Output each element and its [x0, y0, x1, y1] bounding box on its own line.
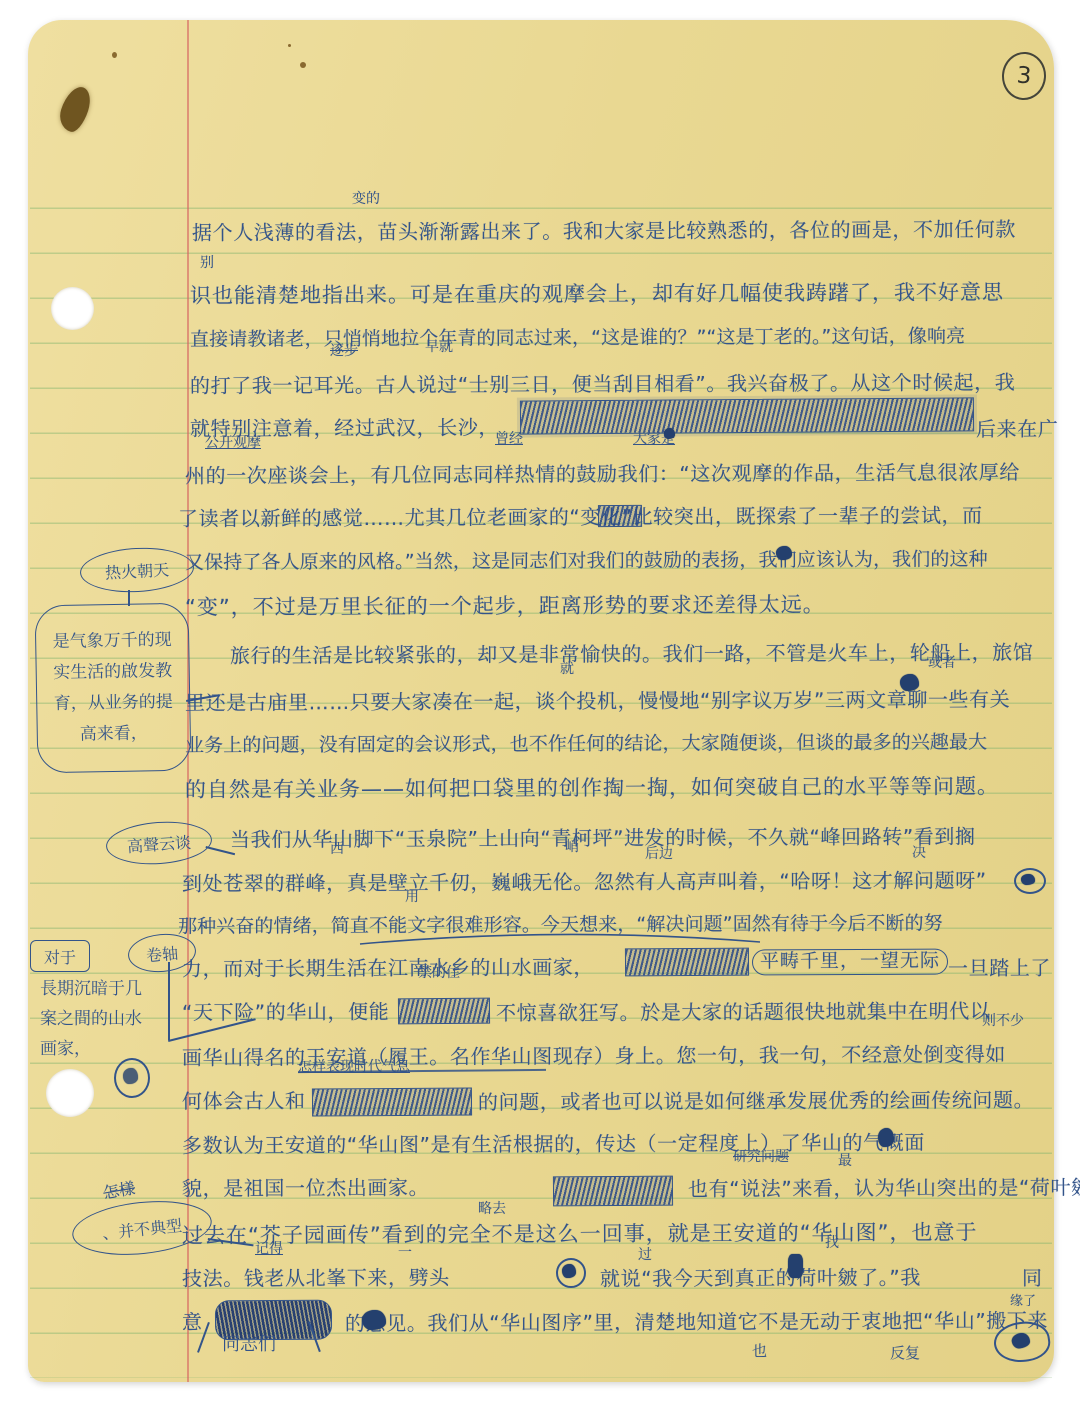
margin-note-line: 案之間的山水 — [40, 1004, 142, 1034]
insertion-note-crossed: 研究问题 — [733, 1146, 789, 1166]
insertion-note: 变的 — [352, 188, 380, 208]
manuscript-line: 里还是古庙里……只要大家凑在一起，谈个投机，慢慢地“别字议万岁”三两文章聊一些有… — [185, 683, 1010, 716]
insertion-note: 一 — [398, 1242, 412, 1262]
ink-blob — [878, 1128, 894, 1147]
manuscript-line: 到处苍翠的群峰，真是壁立千仞，巍峨无伦。忽然有人高声叫着，“哈呀！这才解问题呀” — [182, 864, 987, 897]
margin-note-line: 長期沉暗于几 — [40, 974, 142, 1004]
insertion-note: 就 — [560, 658, 574, 678]
insertion-note: 用 — [405, 886, 419, 906]
insertion-note: 缘了 — [1010, 1290, 1036, 1309]
insertion-note: 或者 — [928, 652, 956, 672]
manuscript-line: “天下险”的华山，便能 — [182, 996, 389, 1026]
manuscript-scan: { "page_number": "3", "colors": { "ink":… — [0, 0, 1080, 1401]
page-number-value: 3 — [1016, 63, 1032, 90]
insertion-note: 后边 — [645, 843, 673, 863]
margin-note-line: 画家， — [40, 1034, 142, 1064]
speck — [288, 44, 291, 47]
manuscript-line: 多数认为王安道的“华山图”是有生活根据的，传达（一定程度上）了华山的气概面 — [182, 1126, 925, 1158]
crossed-out-text — [520, 397, 974, 434]
seal-doodle — [114, 1058, 150, 1098]
manuscript-line: 就说“我今天到真正的荷叶皴了。”我 — [600, 1261, 921, 1291]
punch-hole-top — [51, 287, 94, 330]
speck — [112, 52, 117, 58]
manuscript-line: 何体会古人和 — [182, 1085, 306, 1115]
crossed-out-text — [553, 1176, 673, 1207]
margin-bubble-text: 热火朝天 — [104, 557, 169, 583]
ink-blob — [664, 428, 675, 439]
insertion-note: 禁的住 — [418, 962, 460, 982]
margin-bubble-text: 高来看， — [80, 718, 149, 750]
manuscript-line: 貌，是祖国一位杰出画家。 — [182, 1171, 429, 1201]
ink-blob — [900, 674, 919, 691]
insertion-note: 西 — [330, 838, 344, 858]
punch-hole-bottom — [46, 1069, 94, 1117]
circled-ink-blob — [1014, 868, 1046, 894]
manuscript-line: 了读者以新鲜的感觉……尤其几位老画家的“变化”比较突出，既探索了一辈子的尝试，而 — [178, 499, 983, 532]
quoted-phrase-text: 平畴千里，一望无际 — [752, 949, 948, 976]
insertion-note: 早就 — [425, 336, 453, 356]
margin-bubble-text: 是气象万千的现 — [52, 625, 172, 658]
manuscript-line: 不惊喜欲狂写。於是大家的话题很快地就集中在明代以 — [496, 995, 991, 1026]
insertion-note: 略去 — [478, 1198, 506, 1218]
margin-bubble-text: 实生活的啟发教 — [53, 656, 173, 689]
margin-box-duiyu: 对于 — [30, 940, 90, 972]
circled-ink-blob — [556, 1258, 586, 1288]
manuscript-line: 的打了我一记耳光。古人说过“士别三日，便当刮目相看”。我兴奋极了。从这个时候起，… — [190, 366, 1015, 399]
insertion-note: 怎样表现时代气息 — [298, 1056, 410, 1076]
ink-blob — [788, 1254, 803, 1278]
manuscript-line: 又保持了各人原来的风格。”当然，这是同志们对我们的鼓励的表扬，我们应该认为，我们… — [185, 544, 988, 575]
insertion-note: 决 — [912, 842, 926, 862]
manuscript-line: 力，而对于长期生活在江南水乡的山水画家， — [182, 951, 594, 982]
insertion-note: 也 — [752, 1340, 767, 1361]
insertion-note: 峭 — [565, 836, 579, 856]
ink-blob — [362, 1310, 386, 1330]
manuscript-line: 的自然是有关业务——如何把口袋里的创作掏一掏，如何突破自己的水平等等问题。 — [185, 770, 999, 804]
manuscript-line: 识也能清楚地指出来。可是在重庆的观摩会上，却有好几幅使我踌躇了，我不好意思 — [190, 276, 1004, 310]
manuscript-line: 也有“说法”来看，认为华山突出的是“荷叶皴”， — [688, 1171, 1080, 1202]
insertion-note: 公开观摩 — [205, 432, 261, 452]
margin-bubble-text: 育，从业务的提 — [54, 687, 174, 720]
insertion-note: 则不少 — [982, 1010, 1024, 1030]
speck — [300, 62, 306, 68]
manuscript-line: 据个人浅薄的看法，苗头渐渐露出来了。我和大家是比较熟悉的，各位的画是，不加任何款 — [192, 213, 1016, 246]
insertion-note: 最 — [838, 1150, 852, 1170]
crossed-out-text — [312, 1087, 472, 1116]
margin-note-bracket — [168, 962, 170, 1040]
manuscript-line: 的意见。我们从“华山图序”里，清楚地知道它不是无动于衷地把“华山”搬下来 — [345, 1304, 1048, 1336]
insertion-note: 反复 — [890, 1342, 920, 1363]
crossed-out-text — [598, 505, 642, 527]
manuscript-line: 技法。钱老从北峯下来，劈头 — [182, 1261, 450, 1291]
manuscript-line: 后来在广 — [976, 413, 1059, 442]
manuscript-line: 直接请教诸老，只悄悄地拉个年青的同志过来，“这是谁的？”“这是丁老的。”这句话，… — [190, 321, 965, 351]
insertion-bracket — [350, 922, 770, 952]
manuscript-line: 州的一次座谈会上，有几位同志同样热情的鼓励我们：“这次观摩的作品，生活气息很浓厚… — [185, 456, 1020, 489]
insertion-note: 别 — [200, 252, 214, 272]
manuscript-line: 业务上的问题，没有固定的会议形式，也不作任何的结论，大家随便谈，但谈的最多的兴趣… — [185, 727, 987, 758]
insertion-note: 过 — [638, 1244, 652, 1264]
margin-box-text: 对于 — [44, 945, 76, 968]
margin-bubble-big: 是气象万千的现 实生活的啟发教 育，从业务的提 高来看， — [35, 603, 192, 774]
insertion-note-crossed: 逐步 — [330, 340, 358, 360]
manuscript-line: 过去在“芥子园画传”看到的完全不是这么一回事，就是王安道的“华山图”，也意于 — [182, 1216, 978, 1249]
manuscript-line: 意 — [182, 1306, 203, 1335]
manuscript-line: 的问题，或者也可以说是如何继承发展优秀的绘画传统问题。 — [478, 1084, 1034, 1115]
crossed-out-text — [398, 998, 490, 1025]
quoted-phrase: 平畴千里，一望无际 — [752, 946, 948, 974]
margin-bubble-text: 、并不典型 — [101, 1212, 183, 1243]
margin-bubble-text: 高聲云谈 — [126, 829, 191, 856]
margin-bubble-text: 卷轴 — [145, 940, 179, 966]
margin-note-changqi: 長期沉暗于几 案之間的山水 画家， — [40, 974, 142, 1064]
manuscript-line: 旅行的生活是比较紧张的，却又是非常愉快的。我们一路，不管是火车上，轮船上，旅馆 — [230, 636, 1034, 669]
manuscript-line: “变”，不过是万里长征的一个起步，距离形势的要求还差得太远。 — [185, 589, 825, 622]
ink-blob — [776, 546, 792, 560]
manuscript-line: 同 — [1022, 1262, 1043, 1291]
insertion-note: 曾经 — [495, 428, 523, 448]
insertion-note: 找 — [825, 1232, 839, 1252]
margin-note-tongzhimen: 同志们 — [222, 1330, 276, 1360]
insertion-note: 记得 — [255, 1238, 283, 1258]
manuscript-line: 一旦踏上了 — [948, 952, 1051, 981]
